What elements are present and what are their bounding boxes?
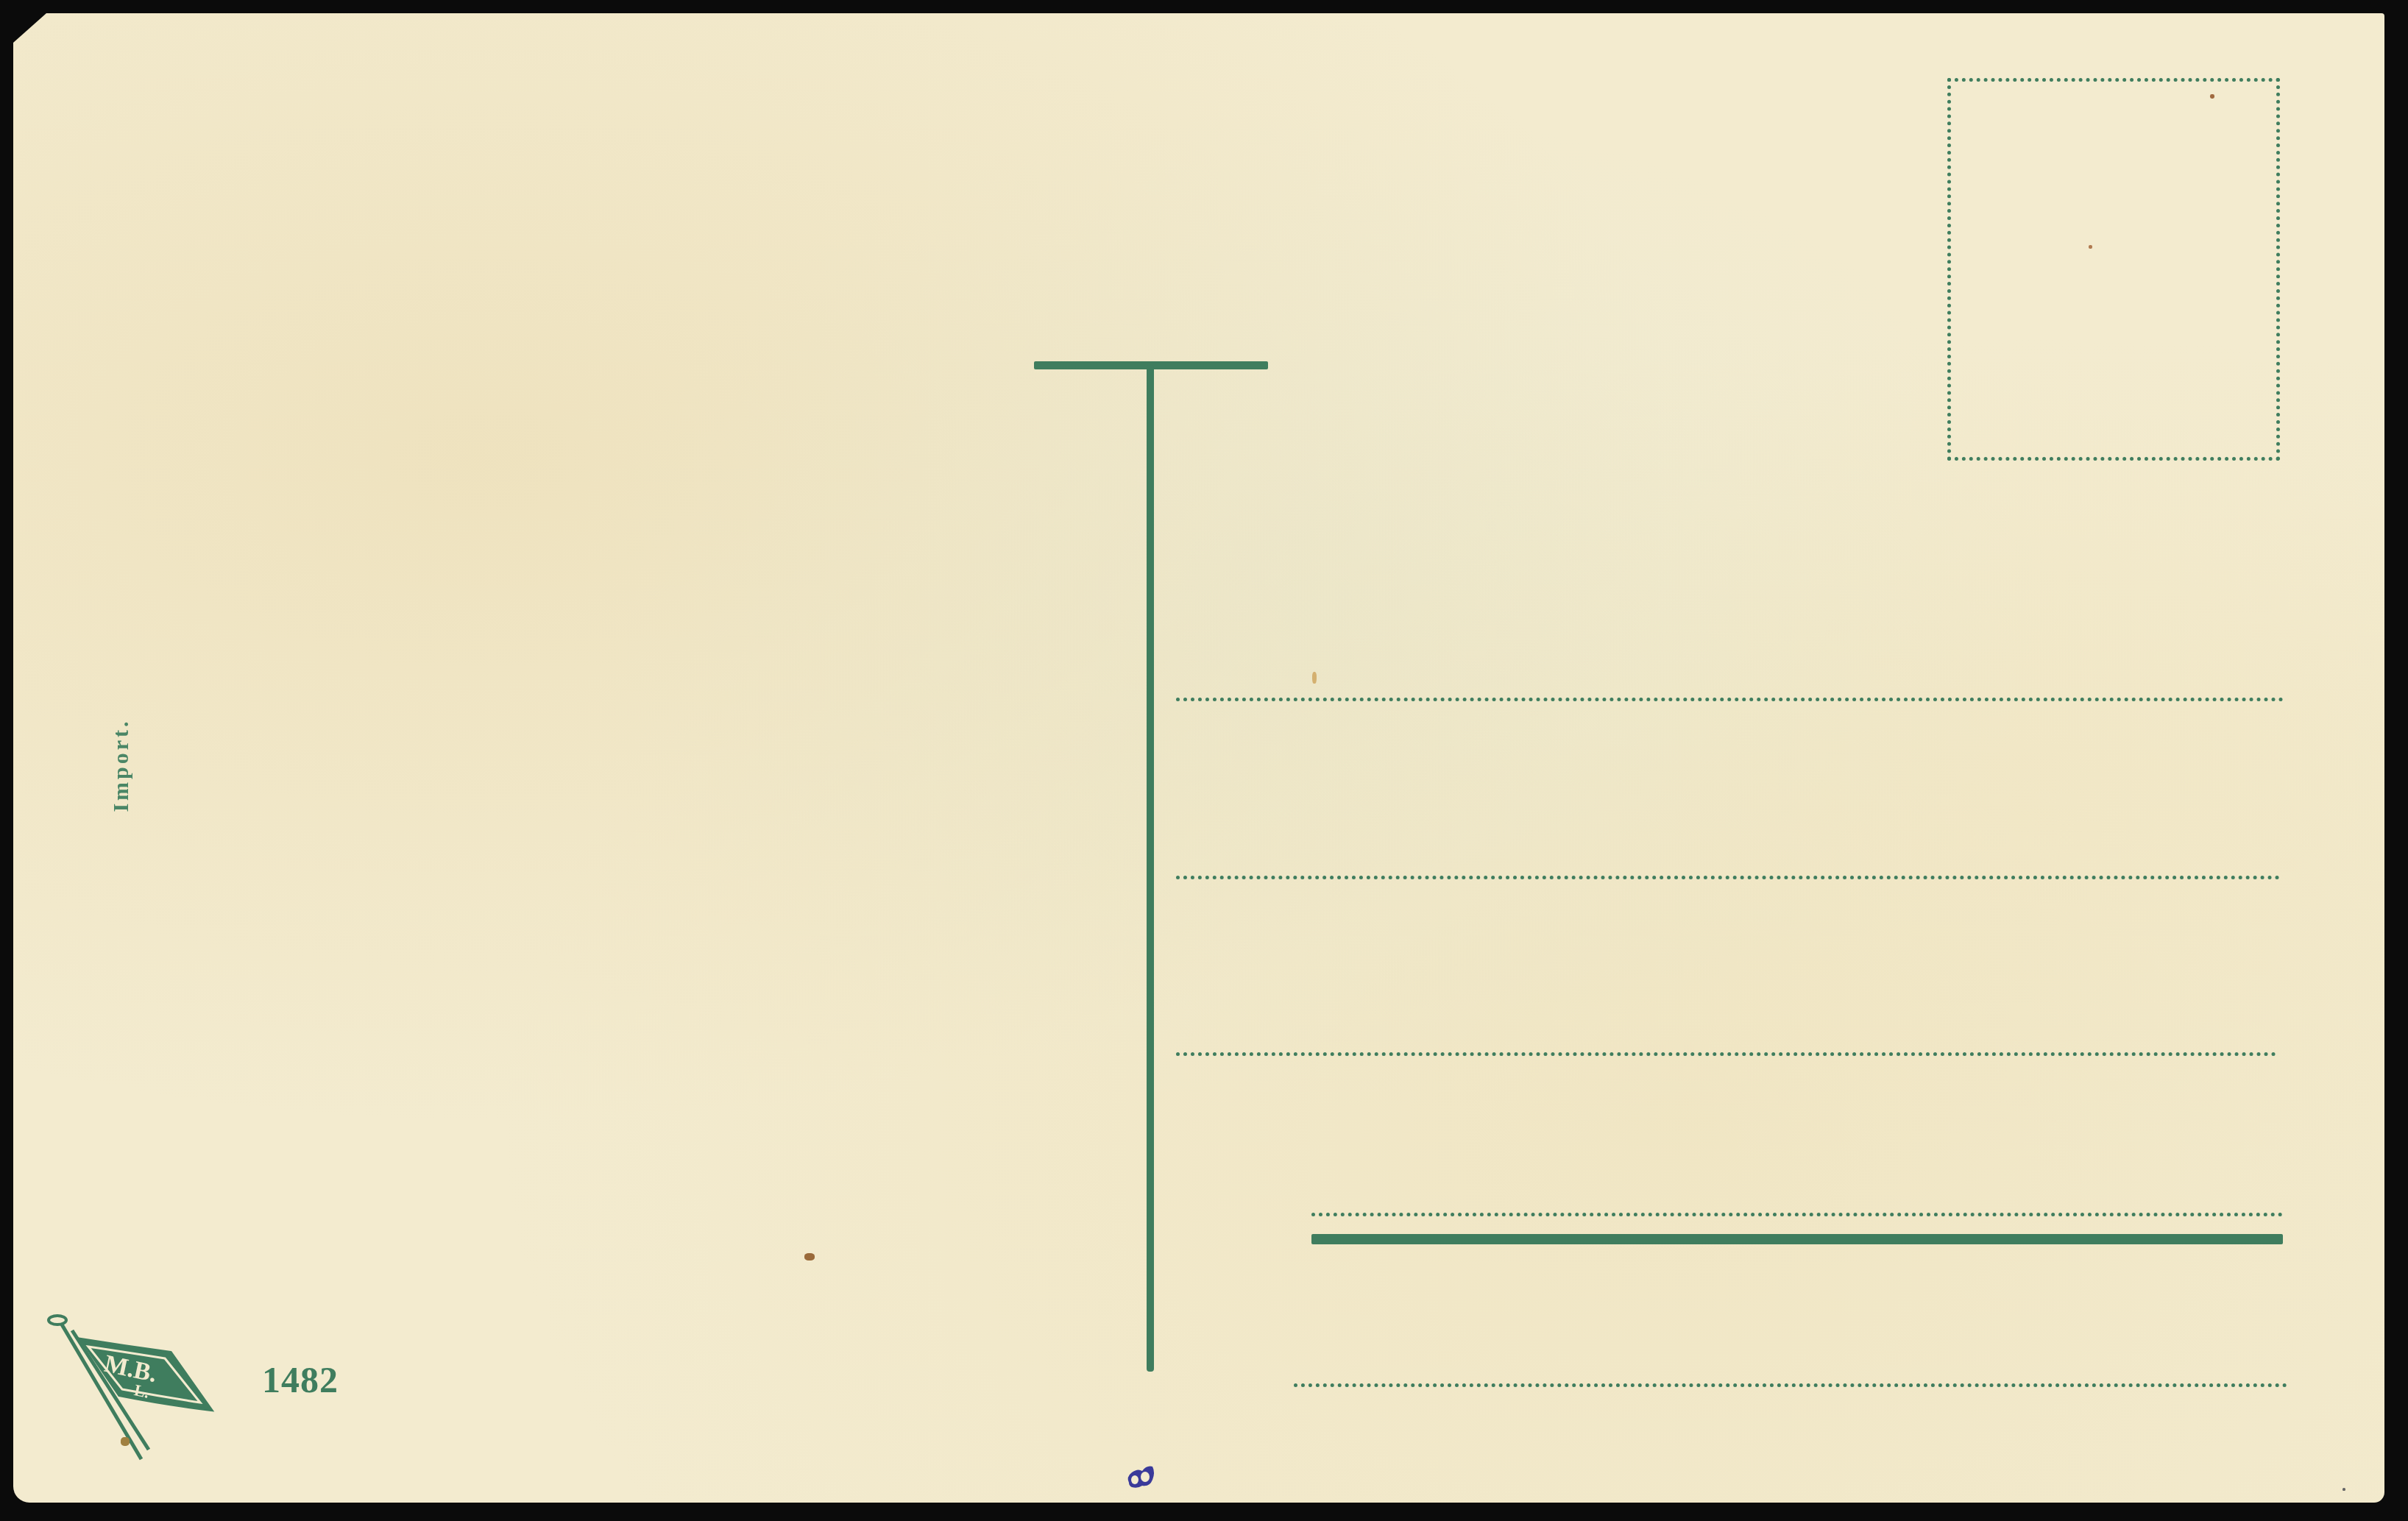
paper-speck bbox=[2089, 245, 2092, 249]
address-line-4 bbox=[1311, 1213, 2283, 1216]
divider-vertical-stem bbox=[1147, 365, 1154, 1372]
paper-speck bbox=[2343, 1488, 2345, 1491]
paper-speck bbox=[2210, 94, 2214, 99]
address-underline-bar bbox=[1311, 1234, 2283, 1244]
import-label: Import. bbox=[109, 703, 134, 828]
paper-speck bbox=[804, 1253, 815, 1261]
address-line-1 bbox=[1176, 698, 2284, 701]
address-line-3 bbox=[1176, 1052, 2276, 1056]
stamp-box bbox=[1947, 78, 2280, 461]
paper-speck bbox=[121, 1437, 130, 1446]
handwritten-mark-icon bbox=[1125, 1461, 1157, 1493]
flag-icon: M.B. L. bbox=[46, 1308, 222, 1463]
postcard-back: Import. M.B. L. 1482 bbox=[13, 13, 2384, 1503]
paper-speck bbox=[1312, 672, 1317, 684]
address-line-5 bbox=[1294, 1383, 2287, 1387]
address-line-2 bbox=[1176, 876, 2280, 879]
card-number: 1482 bbox=[262, 1358, 339, 1401]
